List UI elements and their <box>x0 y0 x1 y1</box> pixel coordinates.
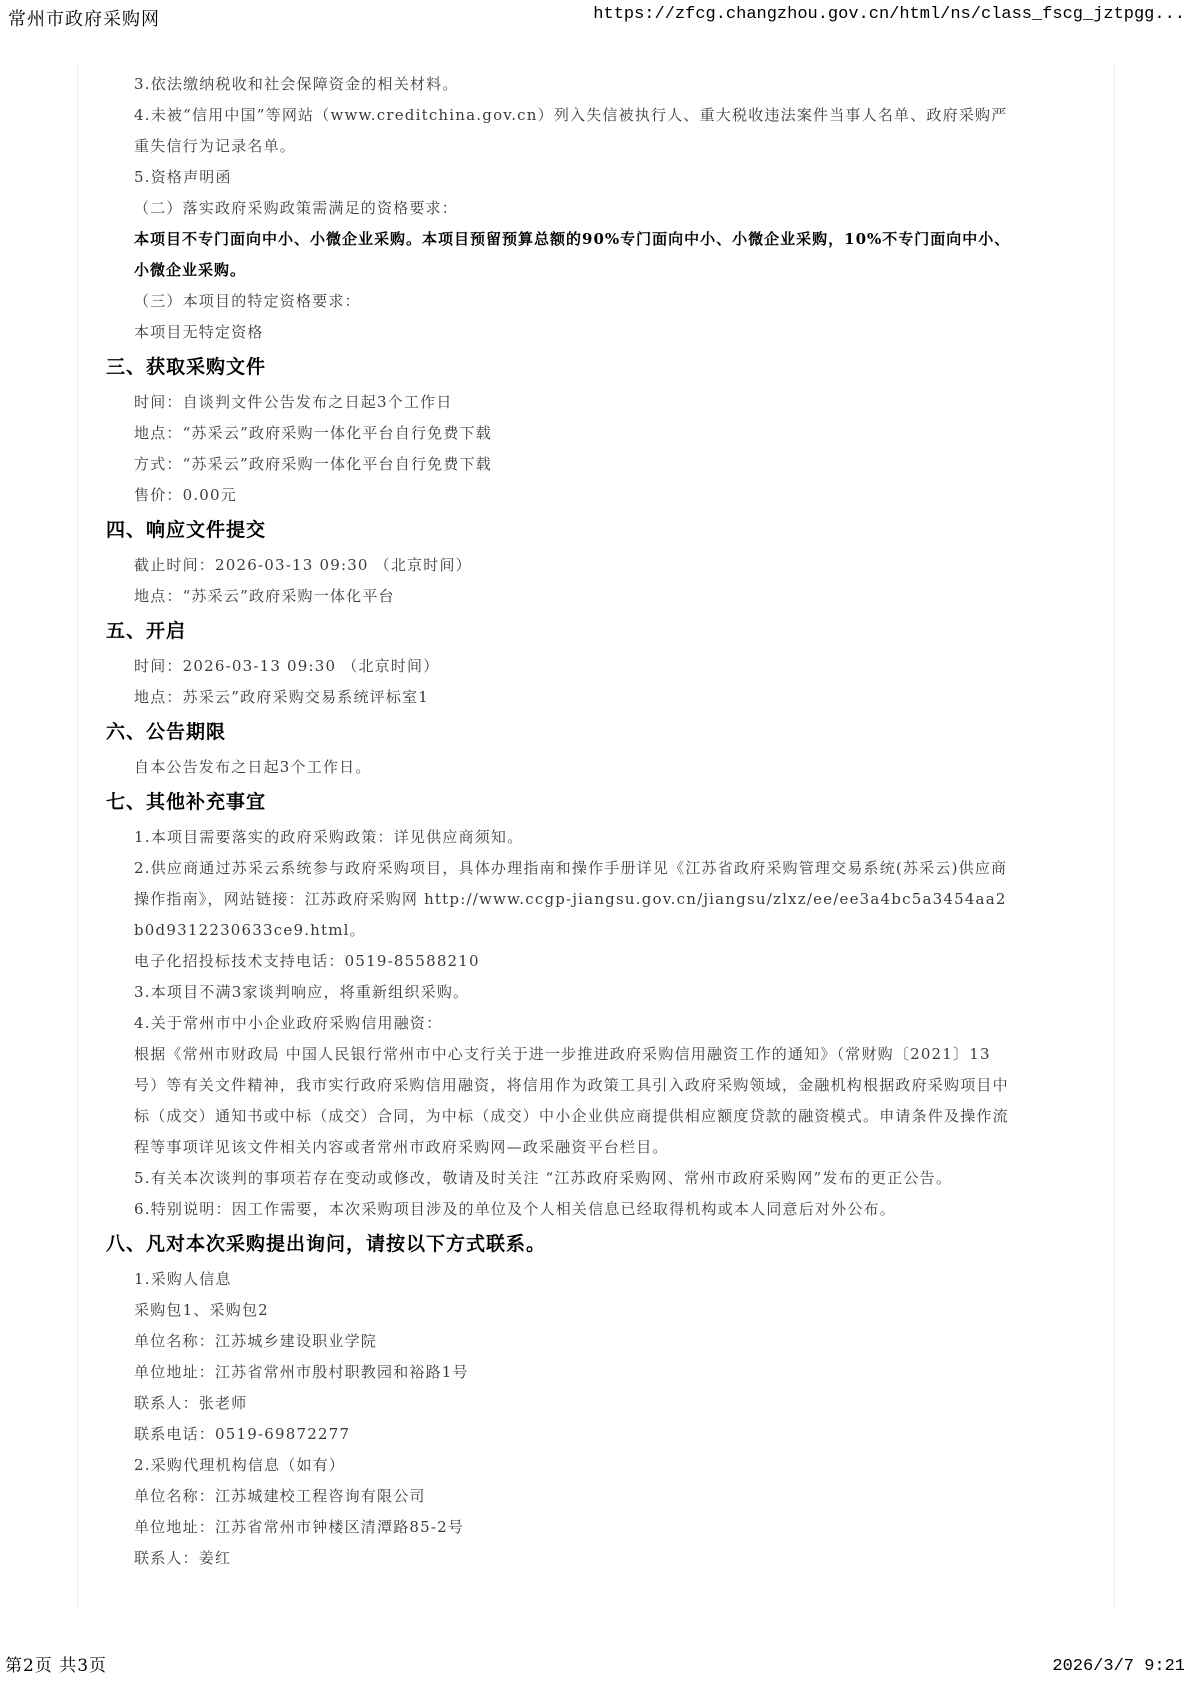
paragraph: 售价：0.00元 <box>134 480 1014 511</box>
paragraph: 方式：“苏采云”政府采购一体化平台自行免费下载 <box>134 449 1014 480</box>
paragraph: 1.采购人信息 <box>134 1264 1014 1295</box>
paragraph: 根据《常州市财政局 中国人民银行常州市中心支行关于进一步推进政府采购信用融资工作… <box>134 1039 1014 1163</box>
paragraph: 自本公告发布之日起3个工作日。 <box>134 752 1014 783</box>
paragraph: 联系人：姜红 <box>134 1543 1014 1574</box>
paragraph: 地点：“苏采云”政府采购一体化平台 <box>134 581 1014 612</box>
paragraph: （二）落实政府采购政策需满足的资格要求： <box>134 193 1014 224</box>
paragraph: 3.本项目不满3家谈判响应，将重新组织采购。 <box>134 977 1014 1008</box>
paragraph: 单位名称：江苏城乡建设职业学院 <box>134 1326 1014 1357</box>
paragraph: 单位名称：江苏城建校工程咨询有限公司 <box>134 1481 1014 1512</box>
section-heading: 五、开启 <box>106 616 1014 647</box>
paragraph: 时间：2026-03-13 09:30 （北京时间） <box>134 651 1014 682</box>
paragraph: 采购包1、采购包2 <box>134 1295 1014 1326</box>
paragraph: 截止时间：2026-03-13 09:30 （北京时间） <box>134 550 1014 581</box>
paragraph: 地点：苏采云”政府采购交易系统评标室1 <box>134 682 1014 713</box>
paragraph: 6.特别说明：因工作需要，本次采购项目涉及的单位及个人相关信息已经取得机构或本人… <box>134 1194 1014 1225</box>
page-url: https://zfcg.changzhou.gov.cn/html/ns/cl… <box>593 5 1185 24</box>
paragraph: 时间：自谈判文件公告发布之日起3个工作日 <box>134 387 1014 418</box>
print-header: 常州市政府采购网 https://zfcg.changzhou.gov.cn/h… <box>8 5 1185 31</box>
section-heading: 七、其他补充事宜 <box>106 787 1014 818</box>
paragraph: 5.资格声明函 <box>134 162 1014 193</box>
paragraph: 4.关于常州市中小企业政府采购信用融资： <box>134 1008 1014 1039</box>
paragraph: 本项目无特定资格 <box>134 317 1014 348</box>
paragraph: 联系电话：0519-69872277 <box>134 1419 1014 1450</box>
paragraph: 电子化招投标技术支持电话：0519-85588210 <box>134 946 1014 977</box>
section-heading: 四、响应文件提交 <box>106 515 1014 546</box>
paragraph: 本项目不专门面向中小、小微企业采购。本项目预留预算总额的90%专门面向中小、小微… <box>134 224 1014 286</box>
paragraph: 单位地址：江苏省常州市钟楼区清潭路85-2号 <box>134 1512 1014 1543</box>
paragraph: 单位地址：江苏省常州市殷村职教园和裕路1号 <box>134 1357 1014 1388</box>
paragraph: 联系人：张老师 <box>134 1388 1014 1419</box>
paragraph: 1.本项目需要落实的政府采购政策：详见供应商须知。 <box>134 822 1014 853</box>
paragraph: 地点：“苏采云”政府采购一体化平台自行免费下载 <box>134 418 1014 449</box>
page-number: 第2页 共3页 <box>5 1651 107 1676</box>
paragraph: 3.依法缴纳税收和社会保障资金的相关材料。 <box>134 69 1014 100</box>
print-footer: 第2页 共3页 2026/3/7 9:21 <box>5 1651 1185 1676</box>
section-heading: 八、凡对本次采购提出询问，请按以下方式联系。 <box>106 1229 1014 1260</box>
paragraph: （三）本项目的特定资格要求： <box>134 286 1014 317</box>
paragraph: 2.供应商通过苏采云系统参与政府采购项目，具体办理指南和操作手册详见《江苏省政府… <box>134 853 1014 946</box>
paragraph: 2.采购代理机构信息（如有） <box>134 1450 1014 1481</box>
section-heading: 三、获取采购文件 <box>106 352 1014 383</box>
document-content: 3.依法缴纳税收和社会保障资金的相关材料。4.未被“信用中国”等网站（www.c… <box>77 62 1115 1607</box>
print-datetime: 2026/3/7 9:21 <box>1052 1657 1185 1676</box>
section-heading: 六、公告期限 <box>106 717 1014 748</box>
paragraph: 5.有关本次谈判的事项若存在变动或修改，敬请及时关注 “江苏政府采购网、常州市政… <box>134 1163 1014 1194</box>
site-title: 常州市政府采购网 <box>8 5 160 31</box>
paragraph: 4.未被“信用中国”等网站（www.creditchina.gov.cn）列入失… <box>134 100 1014 162</box>
